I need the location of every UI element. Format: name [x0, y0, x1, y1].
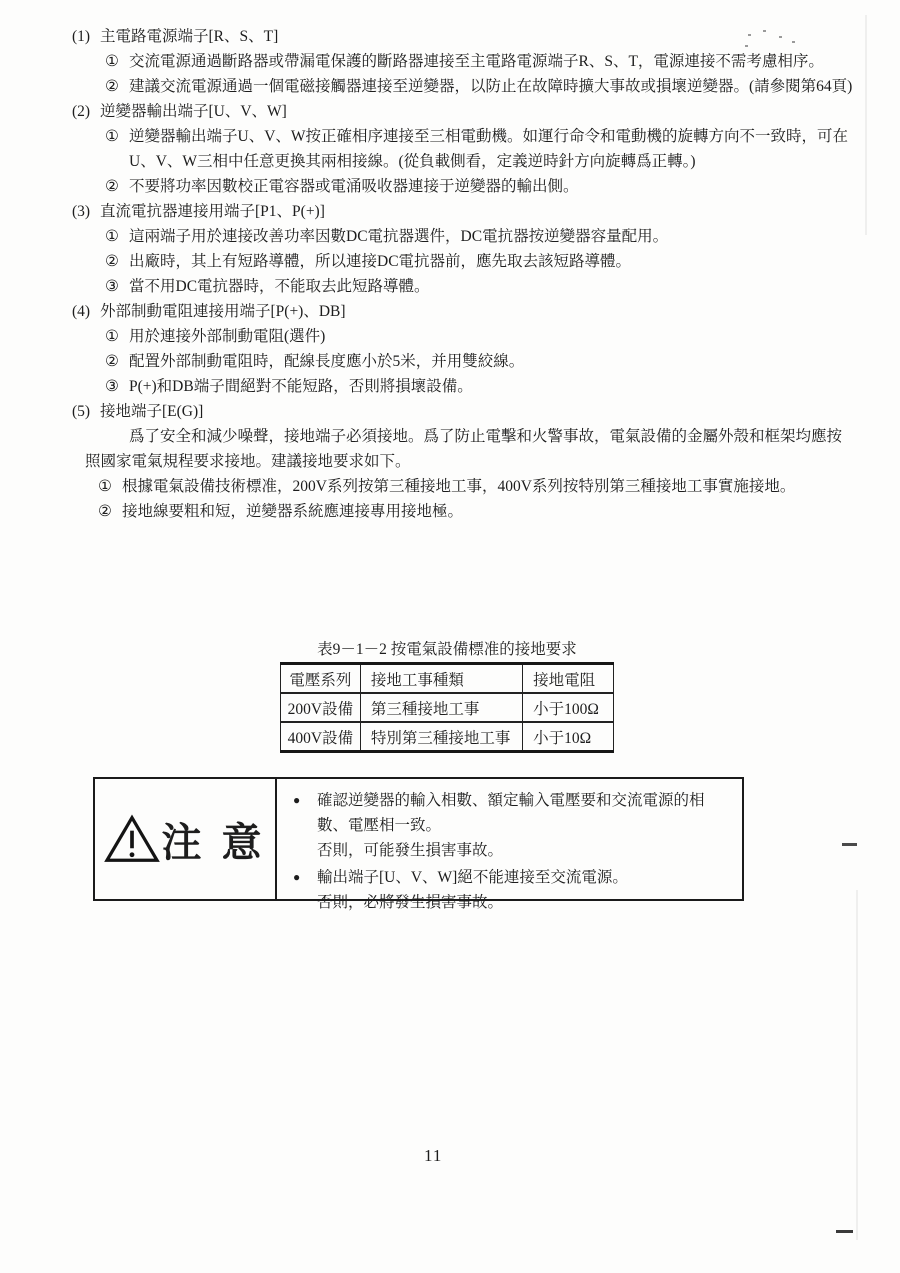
table-header-row: 電壓系列 接地工事種類 接地電阻 [281, 664, 614, 694]
item-marker: ② [98, 499, 122, 524]
caution-label-text: 注 意 [162, 811, 267, 868]
table-cell: 400V設備 [281, 722, 361, 752]
scan-artifact [856, 890, 858, 1240]
item-marker: ① [105, 49, 129, 74]
caution-content: ● 確認逆變器的輸入相數、額定輸入電壓要和交流電源的相數、電壓相一致。 否則，可… [277, 779, 742, 899]
item-marker: ② [105, 74, 129, 99]
table-row: 200V設備 第三種接地工事 小于100Ω [281, 693, 614, 722]
item-text: 不要將功率因數校正電容器或電涌吸收器連接于逆變器的輸出側。 [129, 174, 862, 199]
scan-artifact [792, 41, 795, 43]
item-marker: ① [105, 224, 129, 249]
section-header: (2) 逆變器輸出端子[U、V、W] [72, 99, 862, 124]
section-header: (4) 外部制動電阻連接用端子[P(+)、DB] [72, 299, 862, 324]
list-item: ① 逆變器輸出端子U、V、W按正確相序連接至三相電動機。如運行命令和電動機的旋轉… [72, 124, 862, 174]
list-item: ① 交流電源通過斷路器或帶漏電保護的斷路器連接至主電路電源端子R、S、T，電源連… [72, 49, 862, 74]
caution-item-body: 輸出端子[U、V、W]絕不能連接至交流電源。 否則，必將發生損害事故。 [317, 865, 730, 915]
list-item: ③ P(+)和DB端子間絕對不能短路，否則將損壞設備。 [72, 374, 862, 399]
table-cell: 200V設備 [281, 693, 361, 722]
caution-item: ● 確認逆變器的輸入相數、額定輸入電壓要和交流電源的相數、電壓相一致。 否則，可… [293, 788, 730, 863]
caution-note: 否則，可能發生損害事故。 [317, 838, 730, 863]
section-header: (5) 接地端子[E(G)] [72, 399, 862, 424]
item-text: 當不用DC電抗器時，不能取去此短路導體。 [129, 274, 862, 299]
item-text: 接地線要粗和短，逆變器系統應連接專用接地極。 [122, 499, 862, 524]
scan-artifact [779, 36, 782, 38]
caution-text: 確認逆變器的輸入相數、額定輸入電壓要和交流電源的相數、電壓相一致。 [317, 788, 730, 838]
table-cell: 小于100Ω [523, 693, 614, 722]
section-inverter-output: (2) 逆變器輸出端子[U、V、W] ① 逆變器輸出端子U、V、W按正確相序連接… [72, 99, 862, 199]
item-marker: ① [105, 324, 129, 349]
item-marker: ③ [105, 374, 129, 399]
list-item: ② 接地線要粗和短，逆變器系統應連接專用接地極。 [72, 499, 862, 524]
list-item: ② 建議交流電源通過一個電磁接觸器連接至逆變器，以防止在故障時擴大事故或損壞逆變… [72, 74, 862, 99]
section-braking-resistor: (4) 外部制動電阻連接用端子[P(+)、DB] ① 用於連接外部制動電阻(選件… [72, 299, 862, 399]
manual-page: (1) 主電路電源端子[R、S、T] ① 交流電源通過斷路器或帶漏電保護的斷路器… [0, 0, 900, 1273]
item-text: 根據電氣設備技術標准，200V系列按第三種接地工事，400V系列按特別第三種接地… [122, 474, 862, 499]
grounding-requirements-table-block: 表9－1－2 按電氣設備標准的接地要求 電壓系列 接地工事種類 接地電阻 200… [280, 637, 614, 753]
item-text: 配置外部制動電阻時，配線長度應小於5米，并用雙絞線。 [129, 349, 862, 374]
item-text: 逆變器輸出端子U、V、W按正確相序連接至三相電動機。如運行命令和電動機的旋轉方向… [129, 124, 862, 174]
scan-artifact [763, 30, 766, 32]
item-text: 出廠時，其上有短路導體，所以連接DC電抗器前，應先取去該短路導體。 [129, 249, 862, 274]
item-text: P(+)和DB端子間絕對不能短路，否則將損壞設備。 [129, 374, 862, 399]
item-marker: ② [105, 349, 129, 374]
caution-item: ● 輸出端子[U、V、W]絕不能連接至交流電源。 否則，必將發生損害事故。 [293, 865, 730, 915]
item-text: 建議交流電源通過一個電磁接觸器連接至逆變器，以防止在故障時擴大事故或損壞逆變器。… [129, 74, 862, 99]
table-header-cell: 接地電阻 [523, 664, 614, 694]
grounding-requirements-table: 電壓系列 接地工事種類 接地電阻 200V設備 第三種接地工事 小于100Ω 4… [280, 662, 614, 753]
scan-artifact [836, 1230, 853, 1233]
section-dc-reactor: (3) 直流電抗器連接用端子[P1、P(+)] ① 這兩端子用於連接改善功率因數… [72, 199, 862, 299]
section-header: (1) 主電路電源端子[R、S、T] [72, 24, 862, 49]
table-header-cell: 接地工事種類 [360, 664, 522, 694]
item-text: 用於連接外部制動電阻(選件) [129, 324, 862, 349]
list-item: ③ 當不用DC電抗器時，不能取去此短路導體。 [72, 274, 862, 299]
page-number: 11 [424, 1146, 442, 1166]
section-title: 直流電抗器連接用端子[P1、P(+)] [100, 199, 862, 224]
caution-text: 輸出端子[U、V、W]絕不能連接至交流電源。 [317, 865, 730, 890]
item-text: 這兩端子用於連接改善功率因數DC電抗器選件，DC電抗器按逆變器容量配用。 [129, 224, 862, 249]
table-title: 表9－1－2 按電氣設備標准的接地要求 [280, 637, 614, 659]
caution-item-body: 確認逆變器的輸入相數、額定輸入電壓要和交流電源的相數、電壓相一致。 否則，可能發… [317, 788, 730, 863]
section-marker: (4) [72, 299, 100, 324]
table-row: 400V設備 特別第三種接地工事 小于10Ω [281, 722, 614, 752]
item-marker: ② [105, 249, 129, 274]
list-item: ② 不要將功率因數校正電容器或電涌吸收器連接于逆變器的輸出側。 [72, 174, 862, 199]
section-marker: (1) [72, 24, 100, 49]
caution-label: 注 意 [95, 779, 277, 899]
table-header-cell: 電壓系列 [281, 664, 361, 694]
scan-artifact [748, 34, 751, 36]
table-cell: 小于10Ω [523, 722, 614, 752]
section-title: 外部制動電阻連接用端子[P(+)、DB] [100, 299, 862, 324]
section-grounding: (5) 接地端子[E(G)] 爲了安全和減少噪聲，接地端子必須接地。爲了防止電擊… [72, 399, 862, 524]
section-title: 逆變器輸出端子[U、V、W] [100, 99, 862, 124]
list-item: ② 配置外部制動電阻時，配線長度應小於5米，并用雙絞線。 [72, 349, 862, 374]
section-marker: (5) [72, 399, 100, 424]
item-marker: ② [105, 174, 129, 199]
item-marker: ③ [105, 274, 129, 299]
table-cell: 特別第三種接地工事 [360, 722, 522, 752]
table-cell: 第三種接地工事 [360, 693, 522, 722]
item-marker: ① [105, 124, 129, 174]
section-paragraph: 爲了安全和減少噪聲，接地端子必須接地。爲了防止電擊和火警事故，電氣設備的金屬外殼… [85, 424, 847, 474]
section-title: 接地端子[E(G)] [100, 399, 862, 424]
scan-artifact [842, 843, 857, 846]
item-text: 交流電源通過斷路器或帶漏電保護的斷路器連接至主電路電源端子R、S、T，電源連接不… [129, 49, 862, 74]
caution-note: 否則，必將發生損害事故。 [317, 890, 730, 915]
section-marker: (3) [72, 199, 100, 224]
caution-box: 注 意 ● 確認逆變器的輸入相數、額定輸入電壓要和交流電源的相數、電壓相一致。 … [93, 777, 744, 901]
bullet-icon: ● [293, 788, 317, 863]
section-marker: (2) [72, 99, 100, 124]
section-main-power: (1) 主電路電源端子[R、S、T] ① 交流電源通過斷路器或帶漏電保護的斷路器… [72, 24, 862, 99]
terminal-sections: (1) 主電路電源端子[R、S、T] ① 交流電源通過斷路器或帶漏電保護的斷路器… [72, 24, 862, 524]
list-item: ② 出廠時，其上有短路導體，所以連接DC電抗器前，應先取去該短路導體。 [72, 249, 862, 274]
bullet-icon: ● [293, 865, 317, 915]
scan-artifact [745, 45, 748, 47]
item-marker: ① [98, 474, 122, 499]
warning-triangle-icon [104, 814, 160, 864]
section-header: (3) 直流電抗器連接用端子[P1、P(+)] [72, 199, 862, 224]
list-item: ① 這兩端子用於連接改善功率因數DC電抗器選件，DC電抗器按逆變器容量配用。 [72, 224, 862, 249]
list-item: ① 用於連接外部制動電阻(選件) [72, 324, 862, 349]
scan-artifact [865, 15, 867, 235]
list-item: ① 根據電氣設備技術標准，200V系列按第三種接地工事，400V系列按特別第三種… [72, 474, 862, 499]
